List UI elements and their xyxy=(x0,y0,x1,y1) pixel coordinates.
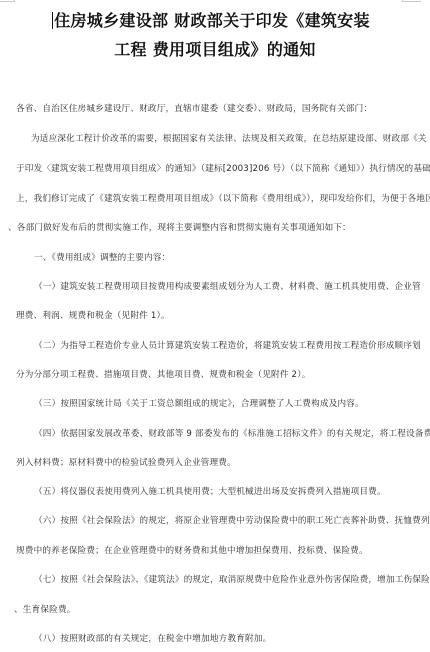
crop-mark-top-left-vertical xyxy=(14,0,15,2)
item-8: （八）按照财政部的有关规定，在税金中增加地方教育附加。 xyxy=(34,633,271,645)
paragraph-1-line-2: 于印发〈建筑安装工程费用项目组成〉的通知》（建标[2003]206 号）（以下简… xyxy=(16,163,430,175)
crop-mark-top-left xyxy=(0,1,14,2)
paragraph-1-line-1: 为适应深化工程计价改革的需要，根据国家有关法律、法规及相关政策，在总结原建设部、… xyxy=(31,133,427,145)
title-text-1: 住房城乡建设部 财政部关于印发《建筑安装 xyxy=(54,11,370,30)
paragraph-1-line-4: 、各部门做好发布后的贯彻实施工作，现将主要调整内容和贯彻实施有关事项通知如下： xyxy=(8,222,351,234)
section-heading-1: 一、《费用组成》调整的主要内容： xyxy=(34,252,170,264)
document-title-line-2[interactable]: 工程 费用项目组成》的通知 xyxy=(0,37,430,60)
item-2-line-1: （二）为指导工程造价专业人员计算建筑安装工程造价，将建筑安装工程费用按工程造价形… xyxy=(34,340,421,352)
item-7-line-2: 、生育保险费。 xyxy=(14,604,76,616)
paragraph-1-line-3: 上，我们修订完成了《建筑安装工程费用项目组成》（以下简称《费用组成》），现印发给… xyxy=(16,193,430,205)
title-text-2: 工程 费用项目组成》的通知 xyxy=(114,40,315,59)
item-6-line-2: 规费中的养老保险费；在企业管理费中的财务费和其他中增加担保费用、投标费、保险费。 xyxy=(16,545,368,557)
document-title-line-1[interactable]: 住房城乡建设部 财政部关于印发《建筑安装 xyxy=(0,8,426,31)
item-5: （五）将仪器仪表使用费列入施工机具使用费；大型机械进出场及安拆费列入措施项目费。 xyxy=(34,486,386,498)
item-2-line-2: 分为分部分项工程费、措施项目费、其他项目费、规费和税金（见附件 2）。 xyxy=(16,369,311,381)
item-4-line-1: （四）依据国家发展改革委、财政部等 9 部委发布的《标准施工招标文件》的有关规定… xyxy=(34,428,430,440)
salutation: 各省、自治区住房城乡建设厅、财政厅，直辖市建委（建交委）、财政局，国务院有关部门… xyxy=(16,103,372,115)
item-6-line-1: （六）按照《社会保险法》的规定，将原企业管理费中劳动保险费中的职工死亡丧葬补助费… xyxy=(34,515,430,527)
item-4-line-2: 列入材料费；原材料费中的检验试验费列入企业管理费。 xyxy=(16,457,236,469)
item-1-line-2: 理费、利润、规费和税金（见附件 1）。 xyxy=(16,310,170,322)
crop-mark-top-right-vertical xyxy=(402,0,403,2)
crop-mark-top-right xyxy=(403,1,421,2)
item-7-line-1: （七）按照《社会保险法》、《建筑法》的规定，取消原规费中危险作业意外伤害保险费，… xyxy=(34,574,430,586)
item-3: （三）按照国家统计局《关于工资总额组成的规定》，合理调整了人工费构成及内容。 xyxy=(34,398,364,410)
item-1-line-1: （一）建筑安装工程费用项目按费用构成要素组成划分为人工费、材料费、施工机具使用费… xyxy=(34,281,421,293)
